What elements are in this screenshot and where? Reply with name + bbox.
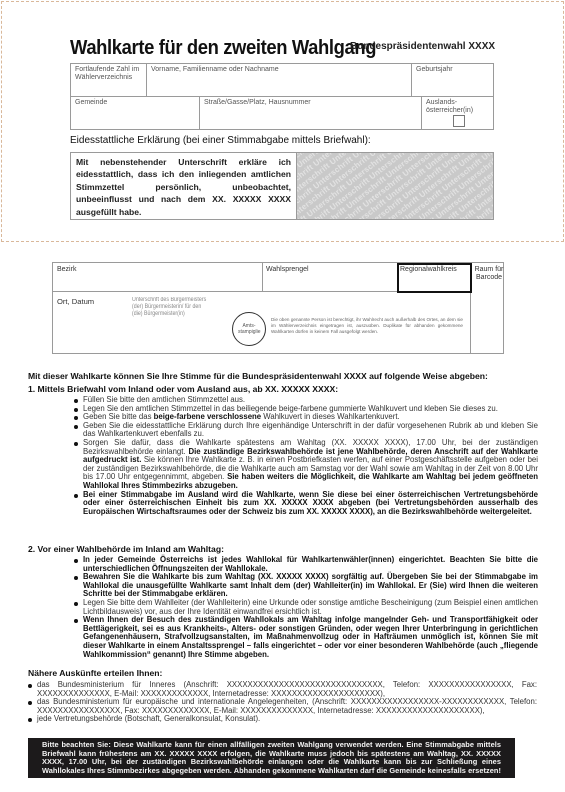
- info-item: das Bundesministerium für Inneres (Ansch…: [37, 681, 537, 698]
- name-label: Vorname, Familienname oder Nachname: [151, 66, 279, 73]
- section-1-item: Sorgen Sie dafür, dass die Wahlkarte spä…: [83, 439, 538, 491]
- declaration-heading: Eidesstattliche Erklärung (bei einer Sti…: [70, 135, 371, 146]
- declaration-box: Mit nebenstehender Unterschrift erkläre …: [70, 152, 494, 220]
- regional-constituency-box[interactable]: Regionalwahlkreis: [397, 263, 472, 293]
- section-2-item: Legen Sie bitte dem Wahlleiter (der Wahl…: [83, 599, 538, 616]
- section-2-list: In jeder Gemeinde Österreichs ist jedes …: [83, 556, 538, 659]
- signature-field[interactable]: Unterschrift Unterschrift Unterschrift U…: [296, 153, 493, 219]
- section-1-list: Füllen Sie bitte den amtlichen Stimmzett…: [83, 396, 538, 516]
- signature-watermark: Unterschrift Unterschrift Unterschrift U…: [296, 153, 493, 219]
- section-2-heading: 2. Vor einer Wahlbehörde im Inland am Wa…: [28, 544, 538, 554]
- barcode-space-label: Raum für Barcode: [473, 266, 505, 282]
- regional-constituency-label: Regionalwahlkreis: [400, 266, 457, 274]
- official-stamp-label: Amts-stampiglie: [238, 323, 260, 335]
- voter-data-grid: Fortlaufende Zahl im Wählerverzeichnis V…: [70, 63, 494, 130]
- info-section: Nähere Auskünfte erteilen Ihnen: das Bun…: [28, 668, 538, 724]
- abroad-field: Auslands-österreicher(in): [422, 97, 482, 129]
- info-item: das Bundesministerium für europäische un…: [37, 698, 537, 715]
- form-title: Wahlkarte für den zweiten Wahlgang: [70, 37, 376, 60]
- official-stamp-circle: Amts-stampiglie: [232, 312, 266, 346]
- info-heading: Nähere Auskünfte erteilen Ihnen:: [28, 668, 538, 678]
- section-2-item: In jeder Gemeinde Österreichs ist jedes …: [83, 556, 538, 573]
- municipality-field[interactable]: Gemeinde: [71, 97, 199, 129]
- section-1-heading: 1. Mittels Briefwahl vom Inland oder vom…: [28, 384, 538, 394]
- declaration-text: Mit nebenstehender Unterschrift erkläre …: [71, 153, 296, 219]
- legal-note: Die oben genannte Person ist berechtigt,…: [271, 317, 463, 335]
- street-label: Straße/Gasse/Platz, Hausnummer: [204, 99, 311, 106]
- abroad-checkbox[interactable]: [453, 115, 465, 127]
- election-name: Bundespräsidentenwahl XXXX: [350, 41, 495, 52]
- info-list: das Bundesministerium für Inneres (Ansch…: [37, 681, 537, 724]
- municipality-label: Gemeinde: [75, 99, 107, 106]
- running-number-label: Fortlaufende Zahl im Wählerverzeichnis: [75, 66, 139, 81]
- precinct-field[interactable]: [263, 263, 393, 291]
- section-1-item: Bei einer Stimmabgabe im Ausland wird di…: [83, 491, 538, 517]
- place-date-label: Ort, Datum: [57, 298, 94, 306]
- important-notice-banner: Bitte beachten Sie: Diese Wahlkarte kann…: [28, 738, 515, 778]
- street-field[interactable]: Straße/Gasse/Platz, Hausnummer: [200, 97, 421, 129]
- instructions: Mit dieser Wahlkarte können Sie Ihre Sti…: [28, 371, 538, 381]
- name-field[interactable]: Vorname, Familienname oder Nachname: [147, 64, 411, 96]
- section-2-item: Wenn Ihnen der Besuch des zuständigen Wa…: [83, 616, 538, 659]
- instructions-intro: Mit dieser Wahlkarte können Sie Ihre Sti…: [28, 371, 538, 381]
- running-number-field[interactable]: Fortlaufende Zahl im Wählerverzeichnis: [71, 64, 146, 96]
- section-2: 2. Vor einer Wahlbehörde im Inland am Wa…: [28, 544, 538, 659]
- section-1-item: Geben Sie die eidesstattliche Erklärung …: [83, 422, 538, 439]
- admin-section: Bezirk Wahlsprengel Regionalwahlkreis Ra…: [52, 262, 504, 354]
- district-field[interactable]: [53, 263, 262, 291]
- section-2-item: Bewahren Sie die Wahlkarte bis zum Wahlt…: [83, 573, 538, 599]
- abroad-label: Auslands-österreicher(in): [426, 99, 473, 114]
- birth-year-field[interactable]: Geburtsjahr: [412, 64, 493, 96]
- birth-year-label: Geburtsjahr: [416, 66, 453, 73]
- section-1: 1. Mittels Briefwahl vom Inland oder vom…: [28, 384, 538, 516]
- mayor-signature-label: Unterschrift des Bürgermeisters (der) Bü…: [132, 297, 211, 318]
- info-item: jede Vertretungsbehörde (Botschaft, Gene…: [37, 715, 537, 724]
